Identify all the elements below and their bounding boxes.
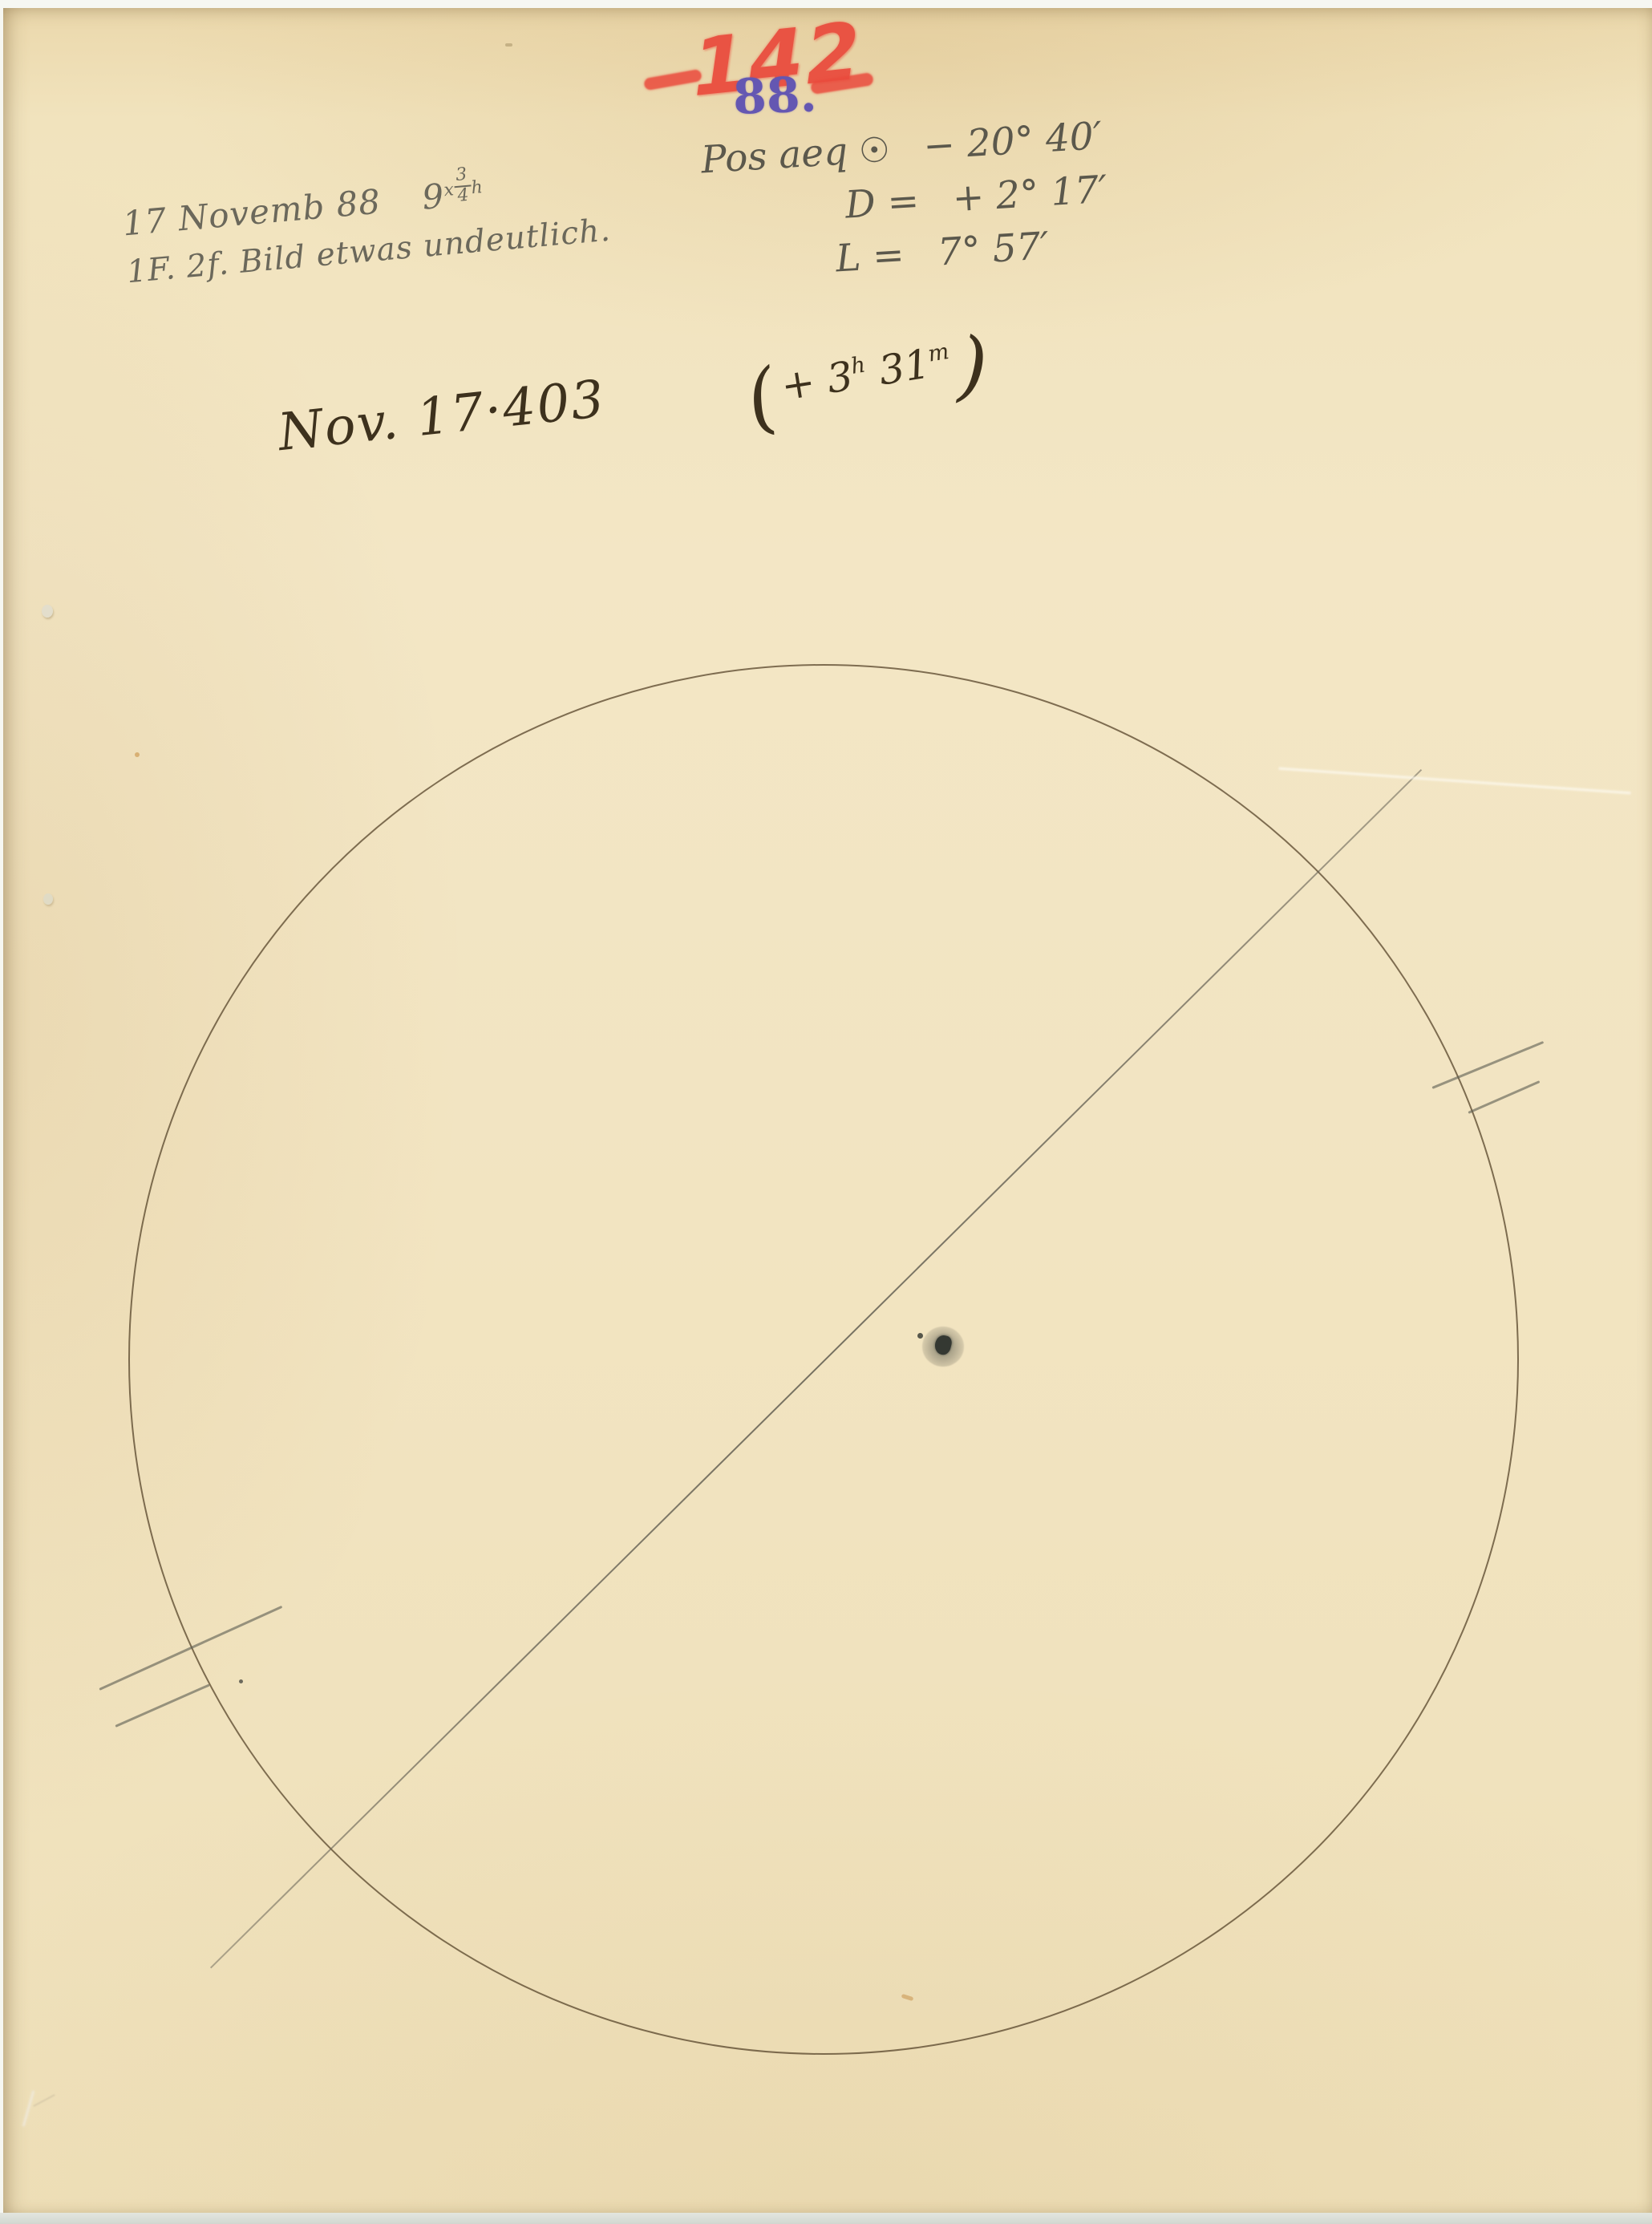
- scanner-background-strip: [0, 2213, 1652, 2224]
- time-offset-annotation: (+ 3h 31m): [740, 320, 994, 445]
- observation-time: 9x34h: [420, 172, 485, 217]
- paper-crease: [1278, 768, 1630, 795]
- time-fraction: 34: [452, 166, 472, 206]
- catalog-number: 88.: [732, 71, 817, 122]
- offset-hours: + 3: [778, 353, 856, 410]
- position-value-3: 7° 57′: [937, 225, 1051, 275]
- position-block: Pos aeq☉− 20° 40′ D =+ 2° 17′ L =7° 57′: [699, 110, 1111, 295]
- close-paren: ): [957, 322, 988, 411]
- observation-date: 17 Novemb 88: [121, 181, 383, 243]
- scanned-document: 142 88. 17 Novemb 889x34h 1F. 2f. Bild e…: [0, 0, 1652, 2224]
- observation-block: 17 Novemb 889x34h 1F. 2f. Bild etwas und…: [120, 154, 612, 290]
- d-label: D =: [844, 179, 920, 228]
- paper-speck: [239, 1679, 243, 1683]
- paper-speck: [135, 752, 140, 757]
- paper-speck: [505, 43, 512, 47]
- position-value-2: + 2° 17′: [951, 167, 1108, 221]
- offset-minutes: 31: [876, 340, 933, 394]
- position-value-1: − 20° 40′: [922, 114, 1103, 169]
- paper-blemish: [42, 605, 53, 618]
- sun-symbol: ☉: [858, 130, 892, 172]
- date-label: Nov. 17·403: [275, 370, 608, 463]
- hour-unit: h: [849, 352, 868, 379]
- l-label: L =: [835, 233, 906, 282]
- sunspot-pore: [917, 1333, 923, 1339]
- minute-unit: m: [926, 338, 951, 367]
- notebook-page: 142 88. 17 Novemb 889x34h 1F. 2f. Bild e…: [3, 8, 1652, 2214]
- paper-blemish: [43, 893, 53, 905]
- paper-crease: [33, 2094, 55, 2107]
- time-unit: h: [471, 177, 484, 198]
- paper-crease: [22, 2090, 35, 2126]
- orientation-tick-left-lower: [115, 1683, 209, 1727]
- orientation-tick-right-lower: [1468, 1080, 1540, 1114]
- position-label: Pos aeq: [700, 129, 849, 182]
